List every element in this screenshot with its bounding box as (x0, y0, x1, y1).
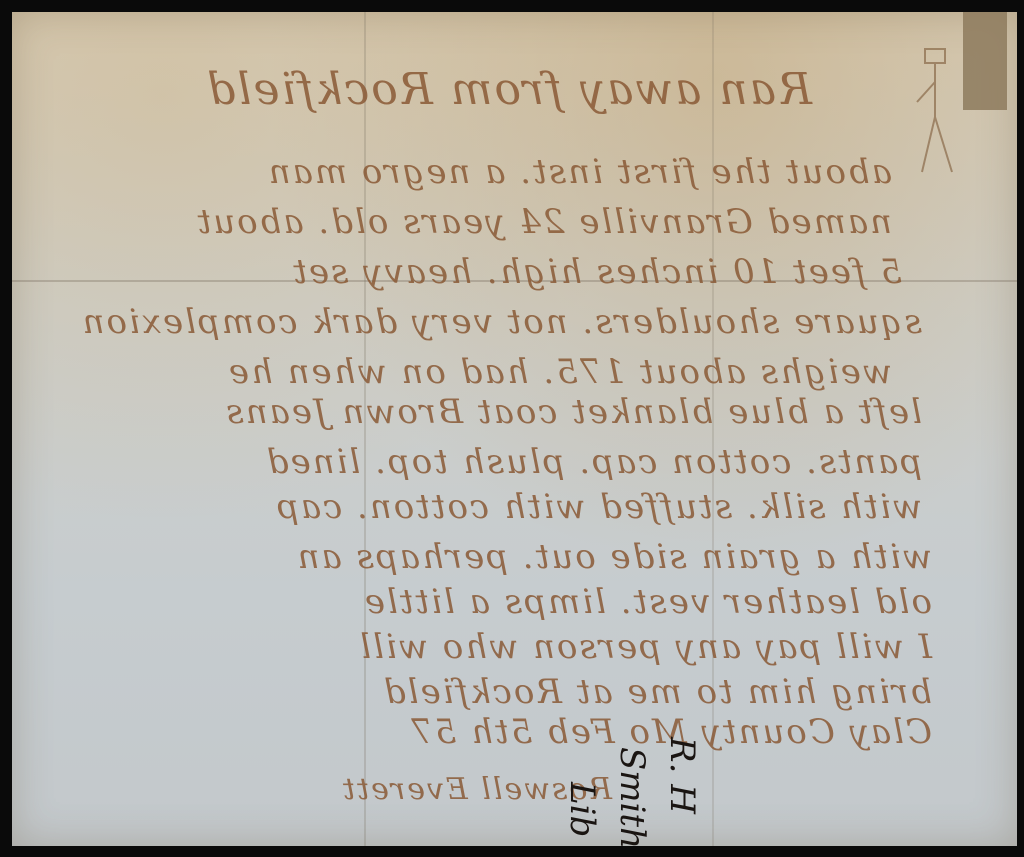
notice-date-line: Clay County Mo Feb 5th 57 (252, 712, 932, 752)
notice-line-12: I will pay any person who will (52, 627, 932, 667)
notice-line-10: with a grain side out. perhaps an (92, 537, 932, 577)
notice-line-9: with silk. stuffed with cotton. cap (82, 487, 922, 527)
notice-line-3: named Granville 24 years old. about (12, 202, 892, 242)
document-page: Ran away from Rockfield about the first … (12, 12, 1017, 846)
notice-closing-signature: Roswell Everett (112, 772, 612, 807)
signature-fragment-1: R. H (662, 737, 702, 814)
stick-figure-sketch-icon (907, 47, 967, 177)
signature-fragment-2: Smith (612, 747, 652, 849)
notice-line-8: pants. cotton cap. plush top. lined (42, 442, 922, 482)
notice-line-11: old leather vest. limps a little (132, 582, 932, 622)
notice-line-6: weighs about 175. had on when he (12, 352, 892, 392)
notice-line-13: bring him to me at Rockfield (52, 672, 932, 712)
notice-line-4: 5 feet 10 inches high. heavy set (22, 252, 902, 292)
notice-line-2: about the first inst. a negro man (12, 152, 892, 192)
notice-line-5: square shoulders. not very dark complexi… (2, 302, 922, 342)
signature-fragment-3: Lib (562, 782, 602, 837)
notice-line-1: Ran away from Rockfield (32, 64, 812, 115)
notice-line-7: left a blue blanket coat Brown Jeans (2, 392, 922, 432)
paper-tab-stain (963, 12, 1007, 110)
